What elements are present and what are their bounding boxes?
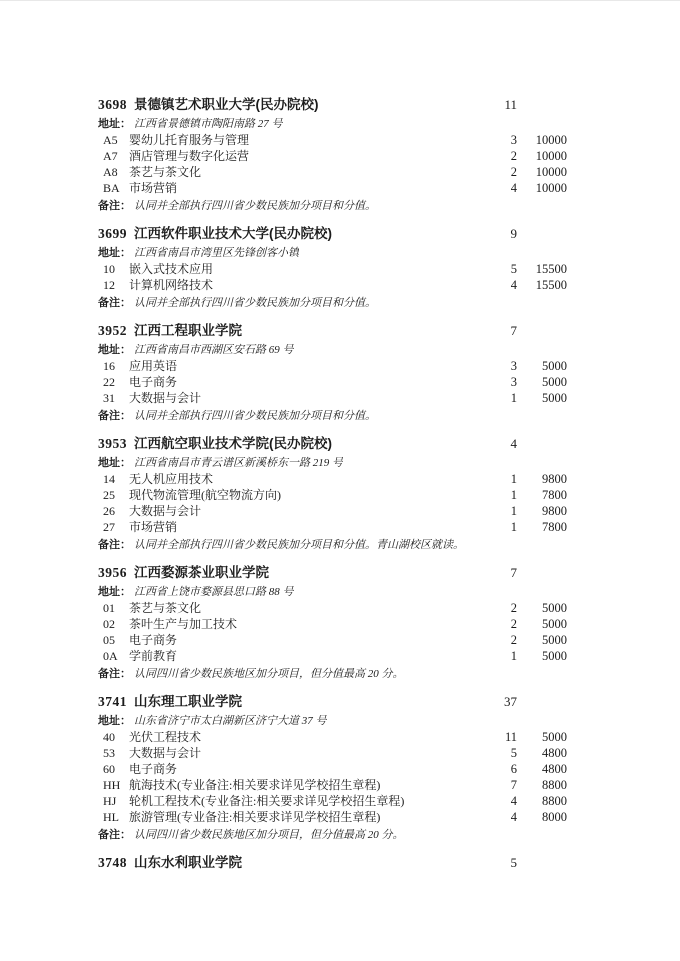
school-block: 3748 山东水利职业学院 5: [98, 854, 567, 872]
address-text: 江西省南昌市青云谱区新溪桥东一路 219 号: [134, 455, 343, 471]
major-code: 31: [103, 390, 122, 406]
address-label: 地址：: [98, 455, 131, 471]
major-name: 婴幼儿托育服务与管理: [129, 132, 473, 148]
address-row: 地址： 江西省上饶市婺源县思口路 88 号: [98, 584, 567, 600]
school-total-count: 7: [473, 564, 517, 582]
school-total-count: 11: [473, 96, 517, 114]
major-plan-count: 4: [473, 277, 517, 293]
major-row: HH 航海技术(专业备注:相关要求详见学校招生章程) 7 8800: [98, 777, 567, 793]
major-name: 大数据与会计: [129, 390, 473, 406]
school-name: 江西航空职业技术学院(民办院校): [134, 435, 473, 453]
major-code: 40: [103, 729, 122, 745]
school-header-row: 3956 江西婺源茶业职业学院 7: [98, 564, 567, 582]
major-row: A8 茶艺与茶文化 2 10000: [98, 164, 567, 180]
major-row: 10 嵌入式技术应用 5 15500: [98, 261, 567, 277]
school-total-count: 5: [473, 854, 517, 872]
major-row: 31 大数据与会计 1 5000: [98, 390, 567, 406]
major-plan-count: 3: [473, 132, 517, 148]
major-plan-count: 11: [473, 729, 517, 745]
major-plan-count: 2: [473, 632, 517, 648]
school-total-count: 37: [473, 693, 517, 711]
note-row: 备注： 认同并全部执行四川省少数民族加分项目和分值。: [98, 408, 567, 424]
school-block: 3699 江西软件职业技术大学(民办院校) 9 地址： 江西省南昌市湾里区先锋创…: [98, 225, 567, 311]
major-plan-count: 2: [473, 164, 517, 180]
major-name: 无人机应用技术: [129, 471, 473, 487]
major-tuition-fee: 4800: [517, 745, 567, 761]
major-tuition-fee: 10000: [517, 180, 567, 196]
major-code: A5: [103, 132, 122, 148]
major-plan-count: 4: [473, 180, 517, 196]
address-row: 地址： 江西省景德镇市陶阳南路 27 号: [98, 116, 567, 132]
address-label: 地址：: [98, 116, 131, 132]
address-row: 地址： 江西省南昌市青云谱区新溪桥东一路 219 号: [98, 455, 567, 471]
school-header-row: 3953 江西航空职业技术学院(民办院校) 4: [98, 435, 567, 453]
note-text: 认同并全部执行四川省少数民族加分项目和分值。: [134, 198, 376, 214]
school-name: 江西软件职业技术大学(民办院校): [134, 225, 473, 243]
note-label: 备注：: [98, 827, 131, 843]
major-tuition-fee: 5000: [517, 729, 567, 745]
major-tuition-fee: 5000: [517, 374, 567, 390]
major-code: 16: [103, 358, 122, 374]
major-name: 嵌入式技术应用: [129, 261, 473, 277]
major-name: 应用英语: [129, 358, 473, 374]
note-row: 备注： 认同并全部执行四川省少数民族加分项目和分值。青山湖校区就读。: [98, 537, 567, 553]
school-name: 景德镇艺术职业大学(民办院校): [134, 96, 473, 114]
school-block: 3956 江西婺源茶业职业学院 7 地址： 江西省上饶市婺源县思口路 88 号 …: [98, 564, 567, 682]
major-code: BA: [103, 180, 122, 196]
note-row: 备注： 认同四川省少数民族地区加分项目，但分值最高 20 分。: [98, 666, 567, 682]
major-tuition-fee: 15500: [517, 277, 567, 293]
major-code: 02: [103, 616, 122, 632]
school-code: 3741: [98, 693, 127, 711]
school-total-count: 4: [473, 435, 517, 453]
major-row: 12 计算机网络技术 4 15500: [98, 277, 567, 293]
major-name: 酒店管理与数字化运营: [129, 148, 473, 164]
school-block: 3952 江西工程职业学院 7 地址： 江西省南昌市西湖区安石路 69 号 16…: [98, 322, 567, 424]
school-name: 江西工程职业学院: [134, 322, 473, 340]
major-plan-count: 1: [473, 390, 517, 406]
address-text: 山东省济宁市太白湖新区济宁大道 37 号: [134, 713, 327, 729]
major-code: 01: [103, 600, 122, 616]
major-row: BA 市场营销 4 10000: [98, 180, 567, 196]
major-code: 0A: [103, 648, 122, 664]
major-row: 01 茶艺与茶文化 2 5000: [98, 600, 567, 616]
note-label: 备注：: [98, 295, 131, 311]
note-row: 备注： 认同并全部执行四川省少数民族加分项目和分值。: [98, 198, 567, 214]
address-text: 江西省南昌市湾里区先锋创客小镇: [134, 245, 299, 261]
major-code: 05: [103, 632, 122, 648]
major-code: 26: [103, 503, 122, 519]
address-row: 地址： 江西省南昌市湾里区先锋创客小镇: [98, 245, 567, 261]
school-name: 山东水利职业学院: [134, 854, 473, 872]
address-row: 地址： 山东省济宁市太白湖新区济宁大道 37 号: [98, 713, 567, 729]
major-name: 现代物流管理(航空物流方向): [129, 487, 473, 503]
major-plan-count: 7: [473, 777, 517, 793]
address-text: 江西省景德镇市陶阳南路 27 号: [134, 116, 283, 132]
note-text: 认同并全部执行四川省少数民族加分项目和分值。青山湖校区就读。: [134, 537, 464, 553]
major-name: 电子商务: [129, 761, 473, 777]
major-row: 02 茶叶生产与加工技术 2 5000: [98, 616, 567, 632]
major-code: 10: [103, 261, 122, 277]
major-tuition-fee: 9800: [517, 503, 567, 519]
note-text: 认同并全部执行四川省少数民族加分项目和分值。: [134, 408, 376, 424]
school-block: 3741 山东理工职业学院 37 地址： 山东省济宁市太白湖新区济宁大道 37 …: [98, 693, 567, 843]
major-plan-count: 4: [473, 809, 517, 825]
major-row: 05 电子商务 2 5000: [98, 632, 567, 648]
major-code: A8: [103, 164, 122, 180]
address-label: 地址：: [98, 584, 131, 600]
major-row: A5 婴幼儿托育服务与管理 3 10000: [98, 132, 567, 148]
major-row: HJ 轮机工程技术(专业备注:相关要求详见学校招生章程) 4 8800: [98, 793, 567, 809]
major-tuition-fee: 8800: [517, 793, 567, 809]
major-tuition-fee: 8000: [517, 809, 567, 825]
major-plan-count: 1: [473, 503, 517, 519]
school-header-row: 3748 山东水利职业学院 5: [98, 854, 567, 872]
major-plan-count: 3: [473, 358, 517, 374]
major-plan-count: 1: [473, 471, 517, 487]
major-row: 0A 学前教育 1 5000: [98, 648, 567, 664]
major-tuition-fee: 7800: [517, 519, 567, 535]
major-tuition-fee: 5000: [517, 390, 567, 406]
major-row: 25 现代物流管理(航空物流方向) 1 7800: [98, 487, 567, 503]
major-tuition-fee: 5000: [517, 358, 567, 374]
major-row: 60 电子商务 6 4800: [98, 761, 567, 777]
major-row: 22 电子商务 3 5000: [98, 374, 567, 390]
note-text: 认同并全部执行四川省少数民族加分项目和分值。: [134, 295, 376, 311]
major-code: 27: [103, 519, 122, 535]
major-tuition-fee: 15500: [517, 261, 567, 277]
major-tuition-fee: 9800: [517, 471, 567, 487]
major-name: 大数据与会计: [129, 503, 473, 519]
major-tuition-fee: 10000: [517, 148, 567, 164]
major-row: 14 无人机应用技术 1 9800: [98, 471, 567, 487]
major-plan-count: 2: [473, 148, 517, 164]
school-total-count: 9: [473, 225, 517, 243]
major-plan-count: 3: [473, 374, 517, 390]
major-tuition-fee: 5000: [517, 648, 567, 664]
major-plan-count: 2: [473, 600, 517, 616]
major-name: 市场营销: [129, 519, 473, 535]
major-row: 26 大数据与会计 1 9800: [98, 503, 567, 519]
major-name: 市场营销: [129, 180, 473, 196]
major-code: 53: [103, 745, 122, 761]
major-row: A7 酒店管理与数字化运营 2 10000: [98, 148, 567, 164]
major-code: 14: [103, 471, 122, 487]
major-code: 12: [103, 277, 122, 293]
address-text: 江西省南昌市西湖区安石路 69 号: [134, 342, 294, 358]
major-tuition-fee: 4800: [517, 761, 567, 777]
major-plan-count: 2: [473, 616, 517, 632]
school-code: 3748: [98, 854, 127, 872]
major-name: 光伏工程技术: [129, 729, 473, 745]
major-code: HL: [103, 809, 122, 825]
school-name: 山东理工职业学院: [134, 693, 473, 711]
school-list: 3698 景德镇艺术职业大学(民办院校) 11 地址： 江西省景德镇市陶阳南路 …: [98, 96, 567, 883]
major-row: 53 大数据与会计 5 4800: [98, 745, 567, 761]
major-name: 航海技术(专业备注:相关要求详见学校招生章程): [129, 777, 473, 793]
major-plan-count: 1: [473, 519, 517, 535]
major-plan-count: 1: [473, 487, 517, 503]
major-tuition-fee: 10000: [517, 164, 567, 180]
major-tuition-fee: 7800: [517, 487, 567, 503]
major-plan-count: 1: [473, 648, 517, 664]
major-row: HL 旅游管理(专业备注:相关要求详见学校招生章程) 4 8000: [98, 809, 567, 825]
address-text: 江西省上饶市婺源县思口路 88 号: [134, 584, 294, 600]
major-name: 茶艺与茶文化: [129, 164, 473, 180]
major-tuition-fee: 5000: [517, 632, 567, 648]
address-label: 地址：: [98, 342, 131, 358]
note-label: 备注：: [98, 408, 131, 424]
major-plan-count: 5: [473, 261, 517, 277]
major-tuition-fee: 10000: [517, 132, 567, 148]
major-code: HH: [103, 777, 122, 793]
major-code: 60: [103, 761, 122, 777]
major-row: 27 市场营销 1 7800: [98, 519, 567, 535]
document-page: 3698 景德镇艺术职业大学(民办院校) 11 地址： 江西省景德镇市陶阳南路 …: [0, 0, 680, 961]
major-name: 茶叶生产与加工技术: [129, 616, 473, 632]
school-header-row: 3699 江西软件职业技术大学(民办院校) 9: [98, 225, 567, 243]
major-tuition-fee: 5000: [517, 616, 567, 632]
school-block: 3953 江西航空职业技术学院(民办院校) 4 地址： 江西省南昌市青云谱区新溪…: [98, 435, 567, 553]
school-block: 3698 景德镇艺术职业大学(民办院校) 11 地址： 江西省景德镇市陶阳南路 …: [98, 96, 567, 214]
note-row: 备注： 认同四川省少数民族地区加分项目，但分值最高 20 分。: [98, 827, 567, 843]
major-name: 旅游管理(专业备注:相关要求详见学校招生章程): [129, 809, 473, 825]
school-header-row: 3952 江西工程职业学院 7: [98, 322, 567, 340]
school-code: 3699: [98, 225, 127, 243]
school-code: 3698: [98, 96, 127, 114]
major-row: 40 光伏工程技术 11 5000: [98, 729, 567, 745]
note-label: 备注：: [98, 198, 131, 214]
school-total-count: 7: [473, 322, 517, 340]
note-row: 备注： 认同并全部执行四川省少数民族加分项目和分值。: [98, 295, 567, 311]
major-code: 22: [103, 374, 122, 390]
school-name: 江西婺源茶业职业学院: [134, 564, 473, 582]
major-tuition-fee: 5000: [517, 600, 567, 616]
major-row: 16 应用英语 3 5000: [98, 358, 567, 374]
school-header-row: 3741 山东理工职业学院 37: [98, 693, 567, 711]
major-tuition-fee: 8800: [517, 777, 567, 793]
address-label: 地址：: [98, 245, 131, 261]
major-name: 大数据与会计: [129, 745, 473, 761]
major-plan-count: 4: [473, 793, 517, 809]
major-code: A7: [103, 148, 122, 164]
school-code: 3956: [98, 564, 127, 582]
major-name: 计算机网络技术: [129, 277, 473, 293]
major-code: HJ: [103, 793, 122, 809]
note-text: 认同四川省少数民族地区加分项目，但分值最高 20 分。: [134, 827, 404, 843]
address-label: 地址：: [98, 713, 131, 729]
major-name: 电子商务: [129, 374, 473, 390]
major-code: 25: [103, 487, 122, 503]
major-plan-count: 5: [473, 745, 517, 761]
major-name: 轮机工程技术(专业备注:相关要求详见学校招生章程): [129, 793, 473, 809]
school-code: 3952: [98, 322, 127, 340]
note-label: 备注：: [98, 537, 131, 553]
note-text: 认同四川省少数民族地区加分项目，但分值最高 20 分。: [134, 666, 404, 682]
school-code: 3953: [98, 435, 127, 453]
note-label: 备注：: [98, 666, 131, 682]
address-row: 地址： 江西省南昌市西湖区安石路 69 号: [98, 342, 567, 358]
major-plan-count: 6: [473, 761, 517, 777]
major-name: 学前教育: [129, 648, 473, 664]
major-name: 电子商务: [129, 632, 473, 648]
major-name: 茶艺与茶文化: [129, 600, 473, 616]
school-header-row: 3698 景德镇艺术职业大学(民办院校) 11: [98, 96, 567, 114]
